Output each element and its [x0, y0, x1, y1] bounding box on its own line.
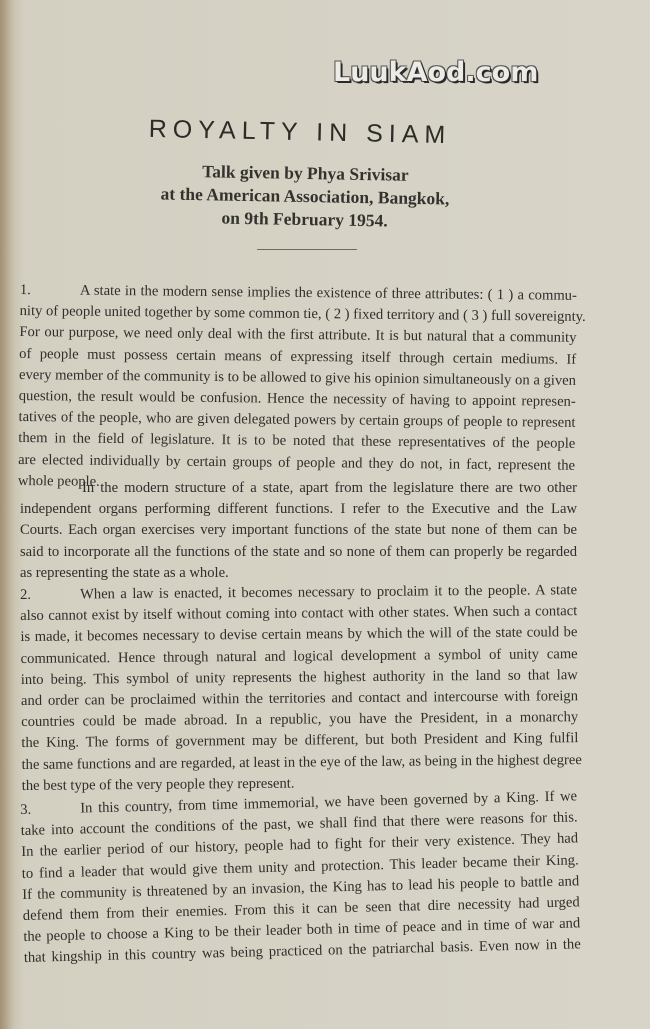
scanned-page: LuukAod.com ROYALTY IN SIAM Talk given b…	[0, 0, 650, 1029]
paragraph-number: 2.	[20, 584, 80, 606]
watermark: LuukAod.com	[333, 57, 538, 88]
paragraph-number: 1.	[20, 280, 80, 302]
paragraph-3: 3.In this country, from time immemorial,…	[20, 786, 581, 969]
paragraph-2: 2.When a law is enacted, it becomes nece…	[20, 580, 579, 797]
paragraph-number: 3.	[20, 799, 81, 822]
document-title: ROYALTY IN SIAM	[0, 112, 600, 154]
title-divider	[257, 249, 357, 250]
paragraph-1: 1.A state in the modern sense implies th…	[18, 280, 577, 498]
paragraph-1b: In the modern structure of a state, apar…	[20, 478, 577, 584]
document-subtitle: Talk given by Phya Srivisar at the Ameri…	[139, 159, 470, 234]
